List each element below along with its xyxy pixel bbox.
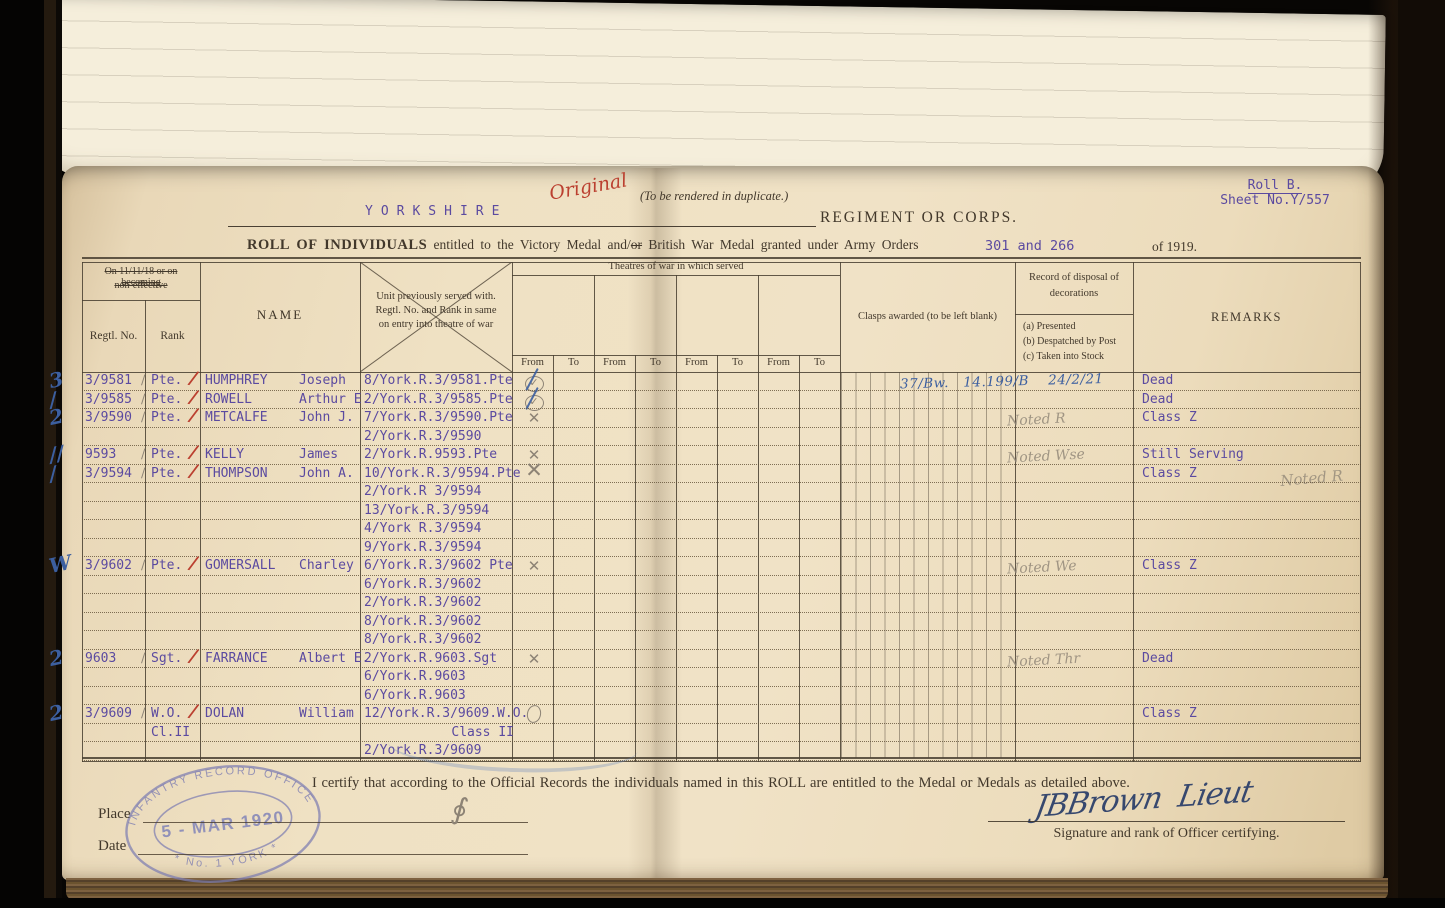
- row-unit: 8/York.R.3/9581.Pte: [364, 372, 514, 390]
- grid-line: [82, 300, 200, 301]
- row-remarks: Class Z: [1142, 705, 1197, 723]
- col-header-regtl-no: Regtl. No.: [82, 330, 145, 342]
- row-unit: 2/York.R 3/9594: [364, 483, 514, 501]
- grid-line: [512, 355, 840, 356]
- table-rows: 33/9581/Pte./HUMPHREYJoseph8/York.R.3/95…: [55, 372, 1385, 761]
- row-remarks: Class Z: [1142, 465, 1197, 483]
- row-remarks: Class Z: [1142, 557, 1197, 575]
- circled-check-icon: ✓: [514, 372, 554, 392]
- col-header-disposal-line1: Record of disposal of: [1015, 272, 1133, 283]
- row-forename: Albert E.: [299, 650, 369, 668]
- row-regtl-no: 9593: [85, 446, 116, 464]
- page-content: Roll B. Sheet No.Y/557 Original (To be r…: [0, 0, 1445, 908]
- col-header-from-3: From: [676, 357, 717, 368]
- table-row: 9/York.R.3/9594: [55, 539, 1385, 558]
- col-header-name: NAME: [200, 307, 360, 323]
- row-rank: Pte.: [151, 391, 182, 409]
- table-row: 13/York.R.3/9594: [55, 502, 1385, 521]
- date-line: [138, 854, 528, 855]
- row-unit: 9/York.R.3/9594: [364, 539, 514, 557]
- col-header-from-1: From: [512, 357, 553, 368]
- col-header-from-2: From: [594, 357, 635, 368]
- row-remarks: Class Z: [1142, 409, 1197, 427]
- row-forename: John A.: [299, 465, 354, 483]
- row-surname: FARRANCE: [205, 650, 268, 668]
- row-rank: Pte.: [151, 557, 182, 575]
- row-surname: THOMPSON: [205, 465, 268, 483]
- original-handwritten-note: Original: [548, 169, 629, 204]
- row-regtl-no: 3/9590: [85, 409, 132, 427]
- table-row: Cl.IIClass II: [55, 724, 1385, 743]
- regiment-name: YORKSHIRE: [365, 204, 507, 219]
- pencil-slash: /: [141, 409, 145, 427]
- table-row: 8/York.R.3/9602: [55, 631, 1385, 650]
- effective-header-line2: non-effective: [84, 280, 198, 291]
- row-rank: Sgt.: [151, 650, 182, 668]
- table-row: 23/9590/Pte./METCALFEJohn J.7/York.R.3/9…: [55, 409, 1385, 428]
- row-unit: 2/York.R.3/9585.Pte: [364, 391, 514, 409]
- roll-title-tail: British War Medal granted under Army Ord…: [642, 237, 918, 252]
- red-slash-mark: /: [188, 444, 198, 463]
- certification-statement: I certify that according to the Official…: [312, 775, 1132, 792]
- col-header-to-1: To: [553, 357, 594, 368]
- signature-line: [988, 821, 1345, 822]
- row-surname: DOLAN: [205, 705, 244, 723]
- row-forename: Arthur E.: [299, 391, 369, 409]
- roll-title-lead: ROLL OF INDIVIDUALS: [247, 237, 427, 253]
- row-unit: 2/York.R.9603.Sgt: [364, 650, 514, 668]
- table-row: 33/9581/Pte./HUMPHREYJoseph8/York.R.3/95…: [55, 372, 1385, 391]
- row-remarks: Dead: [1142, 372, 1173, 390]
- row-unit: 2/York.R.3/9590: [364, 428, 514, 446]
- table-row: 23/9609/W.O./DOLANWilliam12/York.R.3/960…: [55, 705, 1385, 724]
- row-rank: W.O.: [151, 705, 182, 723]
- pencil-slash: /: [141, 446, 145, 464]
- col-header-to-3: To: [717, 357, 758, 368]
- row-surname: METCALFE: [205, 409, 268, 427]
- red-slash-mark: /: [188, 407, 198, 426]
- margin-annotation: ∕: [47, 458, 82, 482]
- col-header-from-4: From: [758, 357, 799, 368]
- grid-line: [512, 275, 840, 276]
- margin-annotation: 2: [47, 643, 82, 667]
- row-rank: Pte.: [151, 465, 182, 483]
- row-surname: ROWELL: [205, 391, 252, 409]
- row-rank: Cl.II: [151, 724, 190, 742]
- pencil-slash: /: [141, 650, 145, 668]
- pencil-slash: /: [141, 557, 145, 575]
- row-forename: James: [299, 446, 338, 464]
- cross-mark-icon: ✕: [514, 650, 554, 668]
- col-header-clasps: Clasps awarded (to be left blank): [840, 311, 1015, 322]
- margin-annotation: 2: [47, 403, 82, 427]
- row-surname: HUMPHREY: [205, 372, 268, 390]
- row-forename: Joseph: [299, 372, 346, 390]
- roll-reference: Roll B. Sheet No.Y/557: [1200, 178, 1350, 208]
- col-header-to-2: To: [635, 357, 676, 368]
- disposal-option-b: (b) Despatched by Post: [1023, 336, 1116, 347]
- row-unit: 6/York.R.3/9602 Pte: [364, 557, 514, 575]
- roll-title-year: of 1919.: [1152, 239, 1197, 255]
- disposal-option-a: (a) Presented: [1023, 321, 1075, 332]
- row-forename: Charley: [299, 557, 354, 575]
- row-unit: 10/York.R.3/9594.Pte: [364, 465, 514, 483]
- red-slash-mark: /: [188, 703, 198, 722]
- grid-line: [82, 262, 1361, 263]
- roll-title-body: entitled to the Victory Medal and/: [427, 237, 631, 252]
- date-label: Date: [98, 838, 126, 855]
- row-unit: 2/York.R.3/9602: [364, 594, 514, 612]
- army-orders-number: 301 and 266: [985, 238, 1074, 254]
- cross-mark-icon: ✕: [514, 409, 554, 427]
- red-slash-mark: /: [188, 462, 198, 481]
- table-row: 6/York.R.9603: [55, 668, 1385, 687]
- row-regtl-no: 3/9609: [85, 705, 132, 723]
- row-unit: 13/York.R.3/9594: [364, 502, 514, 520]
- row-remarks: Dead: [1142, 650, 1173, 668]
- table-row: 6/York.R.9603: [55, 687, 1385, 706]
- unit-header-cross-out: [360, 262, 512, 372]
- table-row: 2/York.R 3/9594: [55, 483, 1385, 502]
- margin-annotation: W: [47, 551, 82, 575]
- row-rank: Pte.: [151, 372, 182, 390]
- row-regtl-no: 3/9602: [85, 557, 132, 575]
- table-row: W3/9602/Pte./GOMERSALLCharley6/York.R.3/…: [55, 557, 1385, 576]
- pencil-slash: /: [141, 391, 145, 409]
- row-unit: 7/York.R.3/9590.Pte: [364, 409, 514, 427]
- row-regtl-no: 3/9585: [85, 391, 132, 409]
- row-unit: 8/York.R.3/9602: [364, 631, 514, 649]
- table-row: ∕3/9594/Pte./THOMPSONJohn A.10/York.R.3/…: [55, 465, 1385, 484]
- regiment-or-corps-label: REGIMENT OR CORPS.: [820, 209, 1018, 227]
- row-unit: 2/York.R.9593.Pte: [364, 446, 514, 464]
- col-header-to-4: To: [799, 357, 840, 368]
- grid-line: [1015, 314, 1133, 315]
- circled-check-icon: ✓: [514, 391, 554, 411]
- col-header-remarks: REMARKS: [1133, 310, 1360, 325]
- row-unit: 8/York.R.3/9602: [364, 613, 514, 631]
- row-forename: John J.: [299, 409, 354, 427]
- table-row: 8/York.R.3/9602: [55, 613, 1385, 632]
- row-unit: 4/York R.3/9594: [364, 520, 514, 538]
- row-regtl-no: 3/9581: [85, 372, 132, 390]
- roll-title-struck-or: or: [631, 237, 642, 252]
- table-row: 6/York.R.3/9602: [55, 576, 1385, 595]
- red-slash-mark: /: [188, 555, 198, 574]
- place-line: [143, 822, 528, 823]
- place-label: Place: [98, 806, 130, 823]
- row-unit: 6/York.R.9603: [364, 668, 514, 686]
- table-row: 2/York.R.3/9590: [55, 428, 1385, 447]
- table-row: ∕∕9593/Pte./KELLYJames2/York.R.9593.Pte✕…: [55, 446, 1385, 465]
- row-remarks: Dead: [1142, 391, 1173, 409]
- row-unit: 6/York.R.3/9602: [364, 576, 514, 594]
- record-office-stamp: INFANTRY RECORD OFFICE * No. 1 YORK * 5 …: [108, 745, 338, 902]
- row-forename: William: [299, 705, 354, 723]
- pencil-slash: /: [141, 705, 145, 723]
- table-row: 2/York.R.3/9602: [55, 594, 1385, 613]
- pencil-slash: /: [141, 372, 145, 390]
- grid-line: [82, 257, 1361, 259]
- red-slash-mark: /: [188, 647, 198, 666]
- table-row: ∕3/9585/Pte./ROWELLArthur E.2/York.R.3/9…: [55, 391, 1385, 410]
- row-surname: KELLY: [205, 446, 244, 464]
- disposal-option-c: (c) Taken into Stock: [1023, 351, 1104, 362]
- cross-mark-icon: ✕: [514, 461, 554, 479]
- row-regtl-no: 9603: [85, 650, 116, 668]
- signature-caption: Signature and rank of Officer certifying…: [988, 826, 1345, 842]
- table-row: 29603/Sgt./FARRANCEAlbert E.2/York.R.960…: [55, 650, 1385, 669]
- book-photo: Roll B. Sheet No.Y/557 Original (To be r…: [0, 0, 1445, 908]
- row-rank: Pte.: [151, 409, 182, 427]
- red-slash-mark: /: [188, 370, 198, 389]
- duplicate-note: (To be rendered in duplicate.): [640, 189, 788, 204]
- row-surname: GOMERSALL: [205, 557, 275, 575]
- row-unit: 6/York.R.9603: [364, 687, 514, 705]
- pencil-slash: /: [141, 465, 145, 483]
- col-header-rank: Rank: [145, 330, 200, 342]
- row-remarks: Still Serving: [1142, 446, 1244, 464]
- stamp-date-text: 5 - MAR 1920: [160, 808, 285, 842]
- row-rank: Pte.: [151, 446, 182, 464]
- col-header-disposal-line2: decorations: [1015, 288, 1133, 299]
- margin-annotation: 2: [47, 699, 82, 723]
- roll-ref-line2: Sheet No.Y/557: [1200, 193, 1350, 208]
- table-row: 4/York R.3/9594: [55, 520, 1385, 539]
- roll-title: ROLL OF INDIVIDUALS entitled to the Vict…: [247, 237, 919, 254]
- regiment-underline: [228, 226, 816, 227]
- roll-ref-line1: Roll B.: [1248, 178, 1303, 194]
- row-regtl-no: 3/9594: [85, 465, 132, 483]
- cross-mark-icon: ✕: [514, 557, 554, 575]
